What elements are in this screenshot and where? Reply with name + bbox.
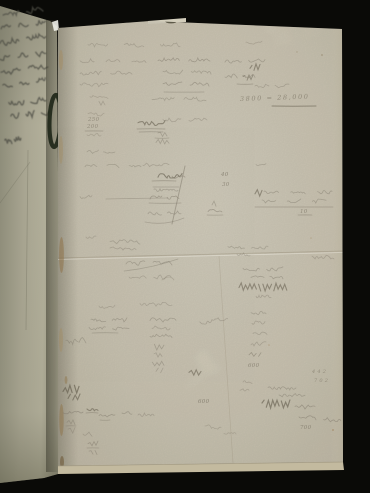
pencil-text-col-30: 30 bbox=[222, 182, 230, 188]
manuscript-photo-canvas: 3800 = 28,0002502004030106006007004 4 27… bbox=[0, 0, 370, 493]
pencil-text-num-700: 700 bbox=[300, 425, 312, 431]
pencil-text-stack-200: 200 bbox=[86, 124, 99, 130]
spine-shadow bbox=[46, 20, 60, 472]
pencil-text-stack-250: 250 bbox=[87, 117, 100, 123]
pencil-text-rcol-600: 600 bbox=[248, 363, 260, 369]
pencil-text-col-702: 7 0 2 bbox=[314, 378, 328, 384]
pencil-text-col-442: 4 4 2 bbox=[311, 369, 326, 375]
main-page: 3800 = 28,0002502004030106006007004 4 27… bbox=[58, 18, 344, 468]
pencil-text-num-600: 600 bbox=[198, 399, 210, 405]
manuscript-photo: 3800 = 28,0002502004030106006007004 4 27… bbox=[0, 0, 370, 493]
pencil-text-col-40: 40 bbox=[220, 172, 229, 178]
pencil-text-num-10: 10 bbox=[300, 209, 308, 215]
